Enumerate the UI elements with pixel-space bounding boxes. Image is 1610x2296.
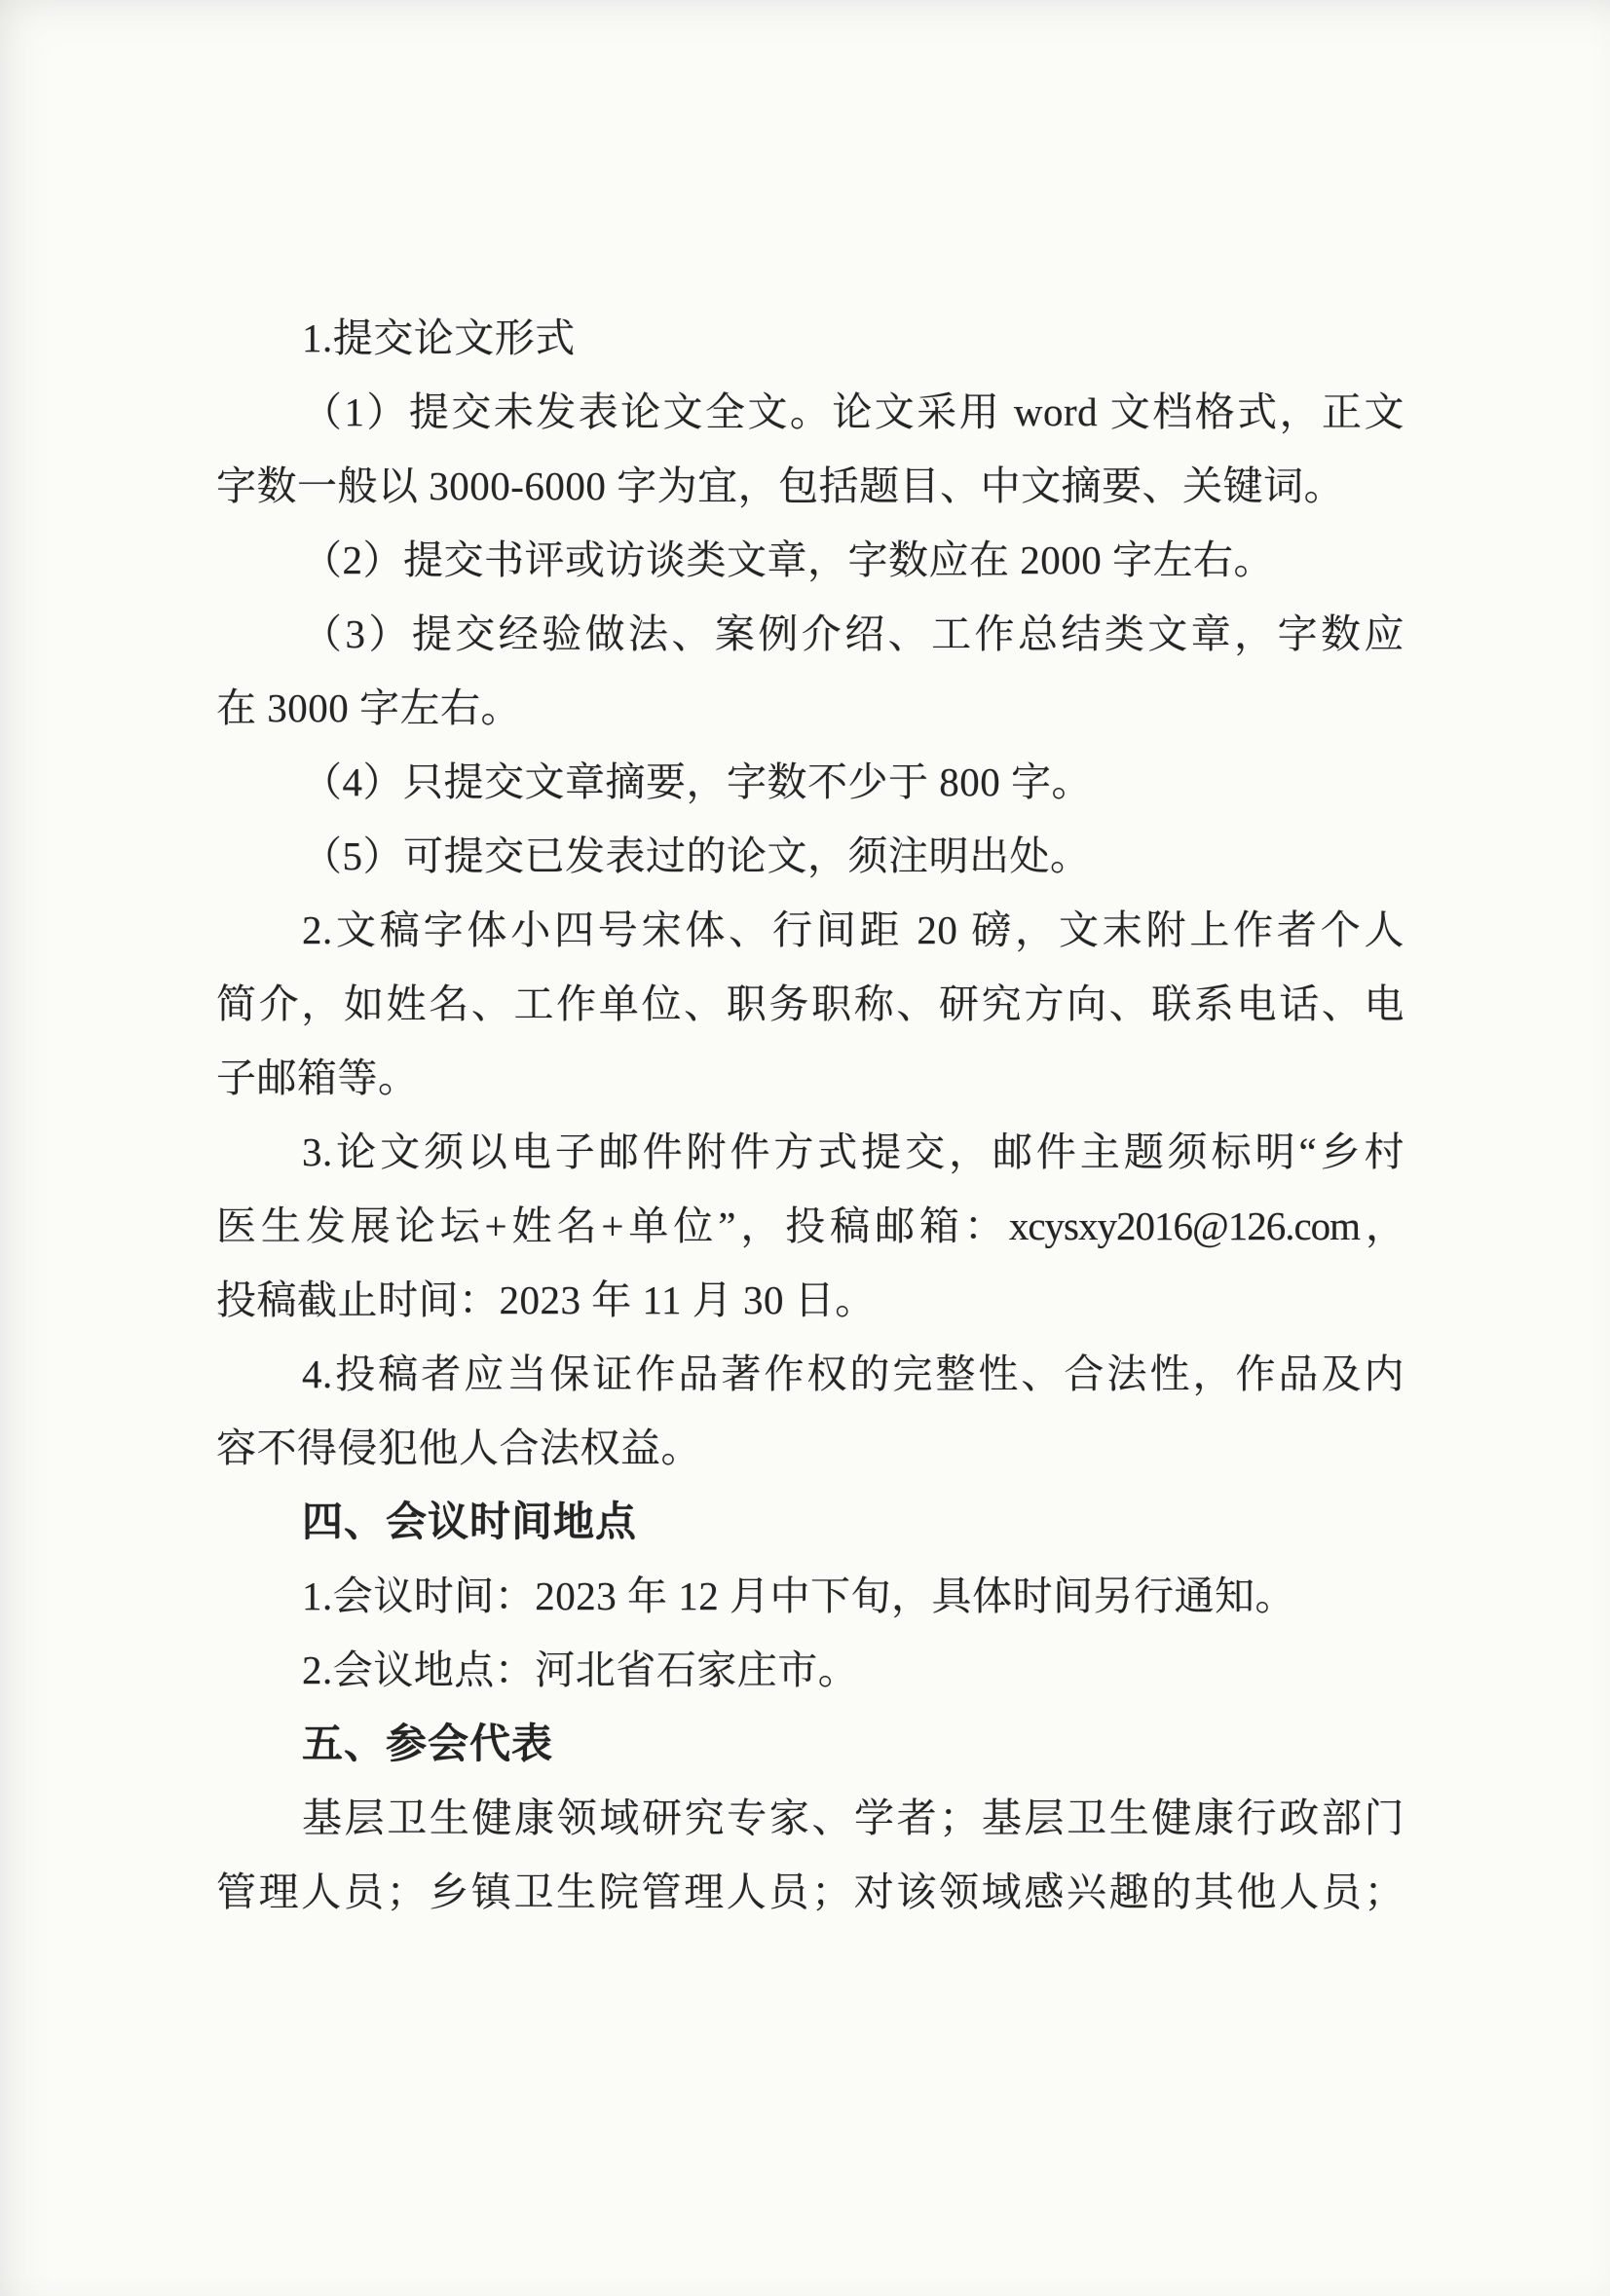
body-line: （3）提交经验做法、案例介绍、工作总结类文章，字数应 [216,597,1404,671]
body-line: 基层卫生健康领域研究专家、学者；基层卫生健康行政部门 [216,1781,1404,1855]
body-line: 1.会议时间：2023 年 12 月中下旬，具体时间另行通知。 [216,1559,1404,1633]
body-line: 1.提交论文形式 [216,301,1404,375]
body-line-deadline: 投稿截止时间：2023 年 11 月 30 日。 [216,1263,1404,1337]
body-line: 管理人员；乡镇卫生院管理人员；对该领域感兴趣的其他人员； [216,1855,1404,1929]
body-line: 2.文稿字体小四号宋体、行间距 20 磅，文末附上作者个人 [216,893,1404,967]
body-line: 简介，如姓名、工作单位、职务职称、研究方向、联系电话、电 [216,967,1404,1041]
body-line: 4.投稿者应当保证作品著作权的完整性、合法性，作品及内 [216,1337,1404,1411]
document-text-block: 1.提交论文形式 （1）提交未发表论文全文。论文采用 word 文档格式，正文 … [216,301,1404,1929]
body-line: （2）提交书评或访谈类文章，字数应在 2000 字左右。 [216,523,1404,597]
body-line: （4）只提交文章摘要，字数不少于 800 字。 [216,745,1404,819]
body-line: 3.论文须以电子邮件附件方式提交，邮件主题须标明“乡村 [216,1115,1404,1189]
body-line: （1）提交未发表论文全文。论文采用 word 文档格式，正文 [216,375,1404,449]
body-line: 在 3000 字左右。 [216,671,1404,745]
document-page: 1.提交论文形式 （1）提交未发表论文全文。论文采用 word 文档格式，正文 … [0,0,1610,2296]
body-line: （5）可提交已发表过的论文，须注明出处。 [216,819,1404,893]
heading-participants: 五、参会代表 [216,1707,1404,1781]
body-line: 容不得侵犯他人合法权益。 [216,1411,1404,1485]
heading-meeting-time-location: 四、会议时间地点 [216,1485,1404,1559]
body-line: 字数一般以 3000-6000 字为宜，包括题目、中文摘要、关键词。 [216,449,1404,523]
body-line: 2.会议地点：河北省石家庄市。 [216,1633,1404,1707]
body-line-email: 医生发展论坛+姓名+单位”，投稿邮箱：xcysxy2016@126.com， [216,1189,1404,1263]
body-line: 子邮箱等。 [216,1041,1404,1115]
